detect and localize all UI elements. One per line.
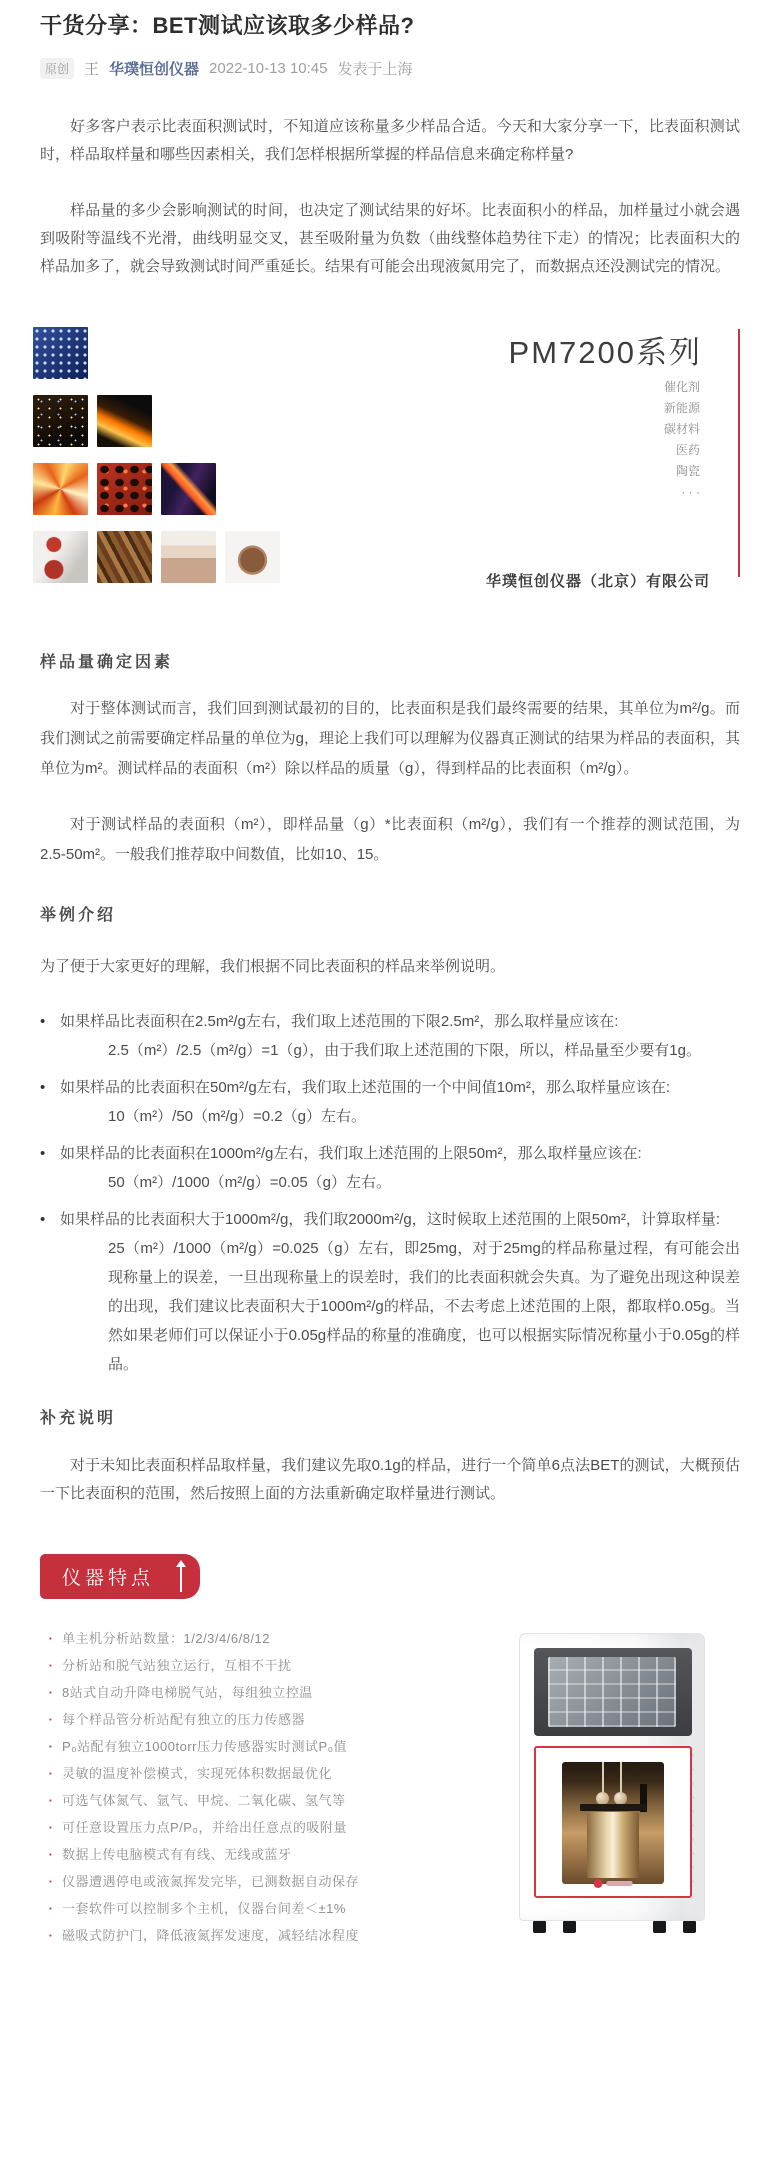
example-lead: 如果样品的比表面积在1000m²/g左右，我们取上述范围的上限50m²，那么取样… (60, 1139, 740, 1168)
brand-logo-icon (594, 1879, 633, 1888)
feature-bullet-icon: · (40, 1814, 62, 1841)
feature-text: 可选气体氮气、氩气、甲烷、二氧化碳、氢气等 (62, 1787, 346, 1814)
feature-item: ·8站式自动升降电梯脱气站，每组独立控温 (40, 1679, 470, 1706)
thumbnail-lava-pattern (97, 463, 152, 515)
features-section: 仪器特点 ·单主机分析站数量：1/2/3/4/6/8/12 ·分析站和脱气站独立… (40, 1554, 740, 1949)
thumbnail-orange-pattern (33, 463, 88, 515)
thumbnail-uv-glow (161, 463, 216, 515)
article: 干货分享：BET测试应该取多少样品? 原创 王 华璞恒创仪器 2022-10-1… (0, 0, 780, 1979)
series-title: PM7200系列 (509, 327, 702, 372)
section-heading-supplement: 补充说明 (40, 1405, 740, 1428)
feature-item: ·可任意设置压力点P/P₀，并给出任意点的吸附量 (40, 1814, 470, 1841)
feature-bullet-icon: · (40, 1760, 62, 1787)
feature-text: 分析站和脱气站独立运行，互相不干扰 (62, 1652, 292, 1679)
examples-intro: 为了便于大家更好的理解，我们根据不同比表面积的样品来举例说明。 (40, 953, 740, 981)
sample-tube (602, 1762, 604, 1794)
section-heading-examples: 举例介绍 (40, 902, 740, 925)
example-body: 如果样品的比表面积在50m²/g左右，我们取上述范围的一个中间值10m²，那么取… (60, 1073, 740, 1131)
example-body: 如果样品的比表面积在1000m²/g左右，我们取上述范围的上限50m²，那么取样… (60, 1139, 740, 1197)
feature-text: 磁吸式防护门，降低液氮挥发速度，减轻结冰程度 (62, 1922, 359, 1949)
feature-bullet-icon: · (40, 1733, 62, 1760)
industry-item: 陶瓷 (664, 461, 700, 482)
feature-item: ·单主机分析站数量：1/2/3/4/6/8/12 (40, 1625, 470, 1652)
industry-item: 催化剂 (664, 377, 700, 398)
feature-bullet-icon: · (40, 1652, 62, 1679)
example-lead: 如果样品的比表面积在50m²/g左右，我们取上述范围的一个中间值10m²，那么取… (60, 1073, 740, 1102)
example-item: • 如果样品的比表面积在1000m²/g左右，我们取上述范围的上限50m²，那么… (40, 1139, 740, 1197)
feature-item: ·分析站和脱气站独立运行，互相不干扰 (40, 1652, 470, 1679)
feature-text: 单主机分析站数量：1/2/3/4/6/8/12 (62, 1625, 270, 1652)
product-promo-image[interactable]: PM7200系列 催化剂 新能源 碳材料 医药 陶瓷 · · · 华璞恒创仪器（… (40, 321, 740, 611)
feature-bullet-icon: · (40, 1706, 62, 1733)
thumbnail-row (33, 463, 280, 515)
brand-logo-text (607, 1881, 633, 1886)
example-item: • 如果样品的比表面积大于1000m²/g，我们取2000m²/g，这时候取上述… (40, 1205, 740, 1379)
instrument-body (519, 1633, 705, 1921)
example-lead: 如果样品的比表面积大于1000m²/g，我们取2000m²/g，这时候取上述范围… (60, 1205, 740, 1234)
byline: 原创 王 华璞恒创仪器 2022-10-13 10:45 发表于上海 (40, 58, 740, 79)
thumbnail-blue-crystals (33, 327, 88, 379)
publish-location: 发表于上海 (337, 58, 412, 79)
feature-item: ·磁吸式防护门，降低液氮挥发速度，减轻结冰程度 (40, 1922, 470, 1949)
author-name: 王 (84, 58, 99, 79)
screen-bezel (534, 1648, 692, 1736)
dewar-lid (580, 1804, 646, 1811)
intro-paragraph-2: 样品量的多少会影响测试的时间，也决定了测试结果的好坏。比表面积小的样品，加样量过… (40, 197, 740, 281)
factors-paragraph-2: 对于测试样品的表面积（m²），即样品量（g）*比表面积（m²/g），我们有一个推… (40, 810, 740, 870)
feature-list: ·单主机分析站数量：1/2/3/4/6/8/12 ·分析站和脱气站独立运行，互相… (40, 1625, 470, 1949)
instrument-door (534, 1746, 692, 1898)
feature-item: ·数据上传电脑模式有有线、无线或蓝牙 (40, 1841, 470, 1868)
feature-bullet-icon: · (40, 1625, 62, 1652)
machine-foot (563, 1921, 576, 1933)
thumbnail-hourglass (33, 531, 88, 583)
feature-bullet-icon: · (40, 1895, 62, 1922)
feature-text: P₀站配有独立1000torr压力传感器实时测试P₀值 (62, 1733, 347, 1760)
example-lead: 如果样品比表面积在2.5m²/g左右，我们取上述范围的下限2.5m²，那么取样量… (60, 1007, 740, 1036)
machine-foot (533, 1921, 546, 1933)
dewar-flask (587, 1812, 639, 1878)
arrow-icon (180, 1561, 182, 1592)
features-banner-label: 仪器特点 (62, 1568, 154, 1589)
feature-item: ·一套软件可以控制多个主机，仪器台间差＜±1% (40, 1895, 470, 1922)
thumbnail-dark-particles (33, 395, 88, 447)
publish-datetime: 2022-10-13 10:45 (209, 60, 327, 77)
feature-item: ·可选气体氮气、氩气、甲烷、二氧化碳、氢气等 (40, 1787, 470, 1814)
bullet-dot-icon: • (40, 1007, 60, 1065)
feature-text: 仪器遭遇停电或液氮挥发完毕，已测数据自动保存 (62, 1868, 359, 1895)
feature-bullet-icon: · (40, 1787, 62, 1814)
feature-item: ·P₀站配有独立1000torr压力传感器实时测试P₀值 (40, 1733, 470, 1760)
example-detail: 10（m²）/50（m²/g）=0.2（g）左右。 (108, 1102, 740, 1131)
feature-item: ·每个样品管分析站配有独立的压力传感器 (40, 1706, 470, 1733)
feature-bullet-icon: · (40, 1679, 62, 1706)
feature-bullet-icon: · (40, 1922, 62, 1949)
red-divider-line (738, 329, 740, 577)
feature-bullet-icon: · (40, 1841, 62, 1868)
brand-logo-dot (594, 1879, 603, 1888)
feature-text: 每个样品管分析站配有独立的压力传感器 (62, 1706, 305, 1733)
company-name: 华璞恒创仪器（北京）有限公司 (486, 570, 710, 591)
thumbnail-row (33, 531, 280, 583)
thumbnail-sand-pile (161, 531, 216, 583)
bullet-dot-icon: • (40, 1205, 60, 1379)
intro-paragraph-1: 好多客户表示比表面积测试时，不知道应该称量多少样品合适。今天和大家分享一下，比表… (40, 113, 740, 169)
account-link[interactable]: 华璞恒创仪器 (109, 58, 199, 79)
section-heading-factors: 样品量确定因素 (40, 649, 740, 672)
thumbnail-row (33, 327, 280, 379)
supplement-paragraph: 对于未知比表面积样品取样量，我们建议先取0.1g的样品，进行一个简单6点法BET… (40, 1452, 740, 1508)
example-detail: 50（m²）/1000（m²/g）=0.05（g）左右。 (108, 1168, 740, 1197)
machine-foot (683, 1921, 696, 1933)
feature-item: ·灵敏的温度补偿模式，实现死体积数据最优化 (40, 1760, 470, 1787)
example-detail: 25（m²）/1000（m²/g）=0.025（g）左右，即25mg，对于25m… (108, 1234, 740, 1379)
thumbnail-row (33, 395, 280, 447)
feature-text: 灵敏的温度补偿模式，实现死体积数据最优化 (62, 1760, 332, 1787)
example-body: 如果样品比表面积在2.5m²/g左右，我们取上述范围的下限2.5m²，那么取样量… (60, 1007, 740, 1065)
example-body: 如果样品的比表面积大于1000m²/g，我们取2000m²/g，这时候取上述范围… (60, 1205, 740, 1379)
feature-bullet-icon: · (40, 1868, 62, 1895)
example-item: • 如果样品的比表面积在50m²/g左右，我们取上述范围的一个中间值10m²，那… (40, 1073, 740, 1131)
sample-tube (620, 1762, 622, 1794)
instrument-screen (548, 1657, 676, 1727)
feature-text: 可任意设置压力点P/P₀，并给出任意点的吸附量 (62, 1814, 347, 1841)
machine-foot (653, 1921, 666, 1933)
thumbnail-cork-chips (97, 531, 152, 583)
feature-text: 一套软件可以控制多个主机，仪器台间差＜±1% (62, 1895, 346, 1922)
industry-item: 医药 (664, 440, 700, 461)
thumbnail-powder-plate (225, 531, 280, 583)
industry-item: 碳材料 (664, 419, 700, 440)
examples-list: • 如果样品比表面积在2.5m²/g左右，我们取上述范围的下限2.5m²，那么取… (40, 1007, 740, 1379)
feature-item: ·仪器遭遇停电或液氮挥发完毕，已测数据自动保存 (40, 1868, 470, 1895)
feature-text: 数据上传电脑模式有有线、无线或蓝牙 (62, 1841, 292, 1868)
page-title: 干货分享：BET测试应该取多少样品? (40, 10, 740, 42)
features-layout: ·单主机分析站数量：1/2/3/4/6/8/12 ·分析站和脱气站独立运行，互相… (40, 1625, 740, 1949)
thumbnail-flame (97, 395, 152, 447)
instrument-photo[interactable] (515, 1631, 720, 1943)
industry-item: · · · (664, 482, 700, 503)
example-item: • 如果样品比表面积在2.5m²/g左右，我们取上述范围的下限2.5m²，那么取… (40, 1007, 740, 1065)
sample-thumbnails (33, 327, 280, 599)
example-detail: 2.5（m²）/2.5（m²/g）=1（g），由于我们取上述范围的下限，所以，样… (108, 1036, 740, 1065)
features-banner: 仪器特点 (40, 1554, 200, 1599)
bullet-dot-icon: • (40, 1073, 60, 1131)
industry-item: 新能源 (664, 398, 700, 419)
door-window (562, 1762, 664, 1884)
factors-paragraph-1: 对于整体测试而言，我们回到测试最初的目的，比表面积是我们最终需要的结果，其单位为… (40, 694, 740, 784)
feature-text: 8站式自动升降电梯脱气站，每组独立控温 (62, 1679, 313, 1706)
bullet-dot-icon: • (40, 1139, 60, 1197)
industry-list: 催化剂 新能源 碳材料 医药 陶瓷 · · · (664, 377, 700, 503)
original-badge: 原创 (40, 58, 74, 79)
